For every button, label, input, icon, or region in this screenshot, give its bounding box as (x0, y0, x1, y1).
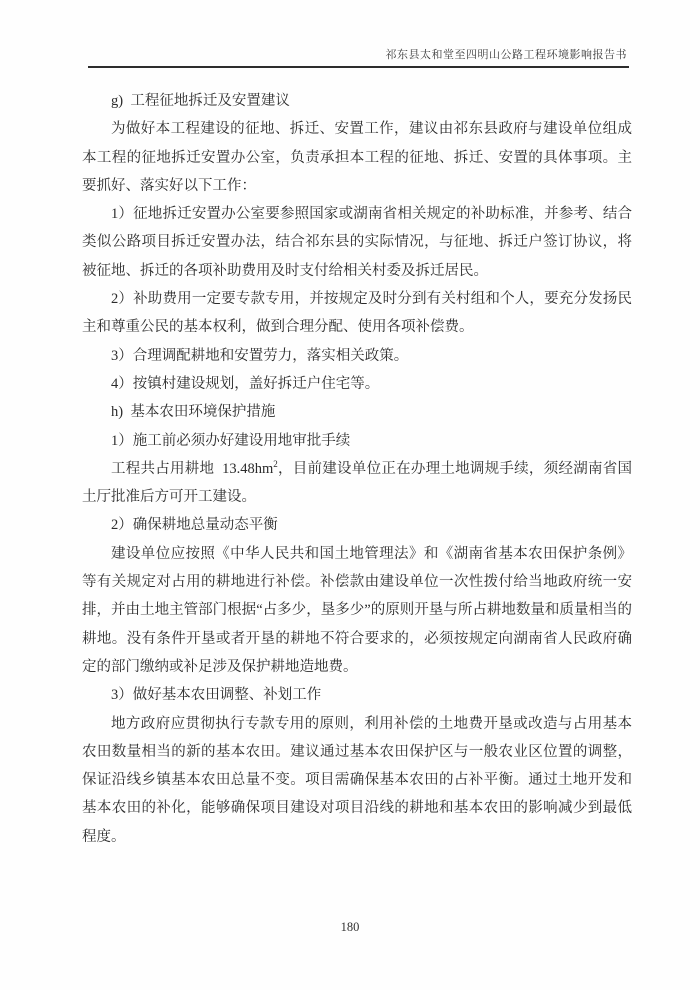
text-run: 工程共占用耕地 13.48hm (111, 461, 273, 477)
text-run: 3）合理调配耕地和安置劳力，落实相关政策。 (111, 348, 408, 364)
text-run: 1）施工前必须办好建设用地审批手续 (111, 433, 350, 449)
paragraph: 2）确保耕地总量动态平衡 (82, 511, 632, 539)
text-run: 2）补助费用一定要专款专用，并按规定及时分到有关村组和个人，要充分发扬民主和尊重… (82, 291, 632, 335)
paragraph: 工程共占用耕地 13.48hm2，目前建设单位正在办理土地调规手续，须经湖南省国… (82, 455, 632, 512)
header-rule (88, 66, 629, 68)
text-run: 为做好本工程建设的征地、拆迁、安置工作，建议由祁东县政府与建设单位组成本工程的征… (82, 121, 632, 194)
paragraph: 为做好本工程建设的征地、拆迁、安置工作，建议由祁东县政府与建设单位组成本工程的征… (82, 115, 632, 200)
paragraph: 3）做好基本农田调整、补划工作 (82, 681, 632, 709)
text-run: 3）做好基本农田调整、补划工作 (111, 687, 321, 703)
paragraph: 地方政府应贯彻执行专款专用的原则，利用补偿的土地费开垦或改造与占用基本农田数量相… (82, 710, 632, 851)
paragraph: 4）按镇村建设规划，盖好拆迁户住宅等。 (82, 370, 632, 398)
document-body: g) 工程征地拆迁及安置建议为做好本工程建设的征地、拆迁、安置工作，建议由祁东县… (82, 87, 632, 851)
page-number: 180 (0, 920, 700, 935)
text-run: h) 基本农田环境保护措施 (111, 404, 275, 420)
paragraph: 1）征地拆迁安置办公室要参照国家或湖南省相关规定的补助标准，并参考、结合类似公路… (82, 200, 632, 285)
paragraph: 2）补助费用一定要专款专用，并按规定及时分到有关村组和个人，要充分发扬民主和尊重… (82, 285, 632, 342)
paragraph: 建设单位应按照《中华人民共和国土地管理法》和《湖南省基本农田保护条例》等有关规定… (82, 540, 632, 681)
paragraph: 3）合理调配耕地和安置劳力，落实相关政策。 (82, 342, 632, 370)
section-heading: h) 基本农田环境保护措施 (82, 398, 632, 426)
page-header-title: 祁东县太和堂至四明山公路工程环境影响报告书 (0, 46, 627, 62)
text-run: 2）确保耕地总量动态平衡 (111, 517, 278, 533)
text-run: 4）按镇村建设规划，盖好拆迁户住宅等。 (111, 376, 379, 392)
text-run: 地方政府应贯彻执行专款专用的原则，利用补偿的土地费开垦或改造与占用基本农田数量相… (82, 716, 632, 845)
paragraph: 1）施工前必须办好建设用地审批手续 (82, 427, 632, 455)
text-run: 1）征地拆迁安置办公室要参照国家或湖南省相关规定的补助标准，并参考、结合类似公路… (82, 206, 632, 279)
section-heading: g) 工程征地拆迁及安置建议 (82, 87, 632, 115)
text-run: 建设单位应按照《中华人民共和国土地管理法》和《湖南省基本农田保护条例》等有关规定… (82, 546, 632, 675)
document-page: 祁东县太和堂至四明山公路工程环境影响报告书 g) 工程征地拆迁及安置建议为做好本… (0, 0, 700, 990)
text-run: g) 工程征地拆迁及安置建议 (111, 93, 290, 109)
